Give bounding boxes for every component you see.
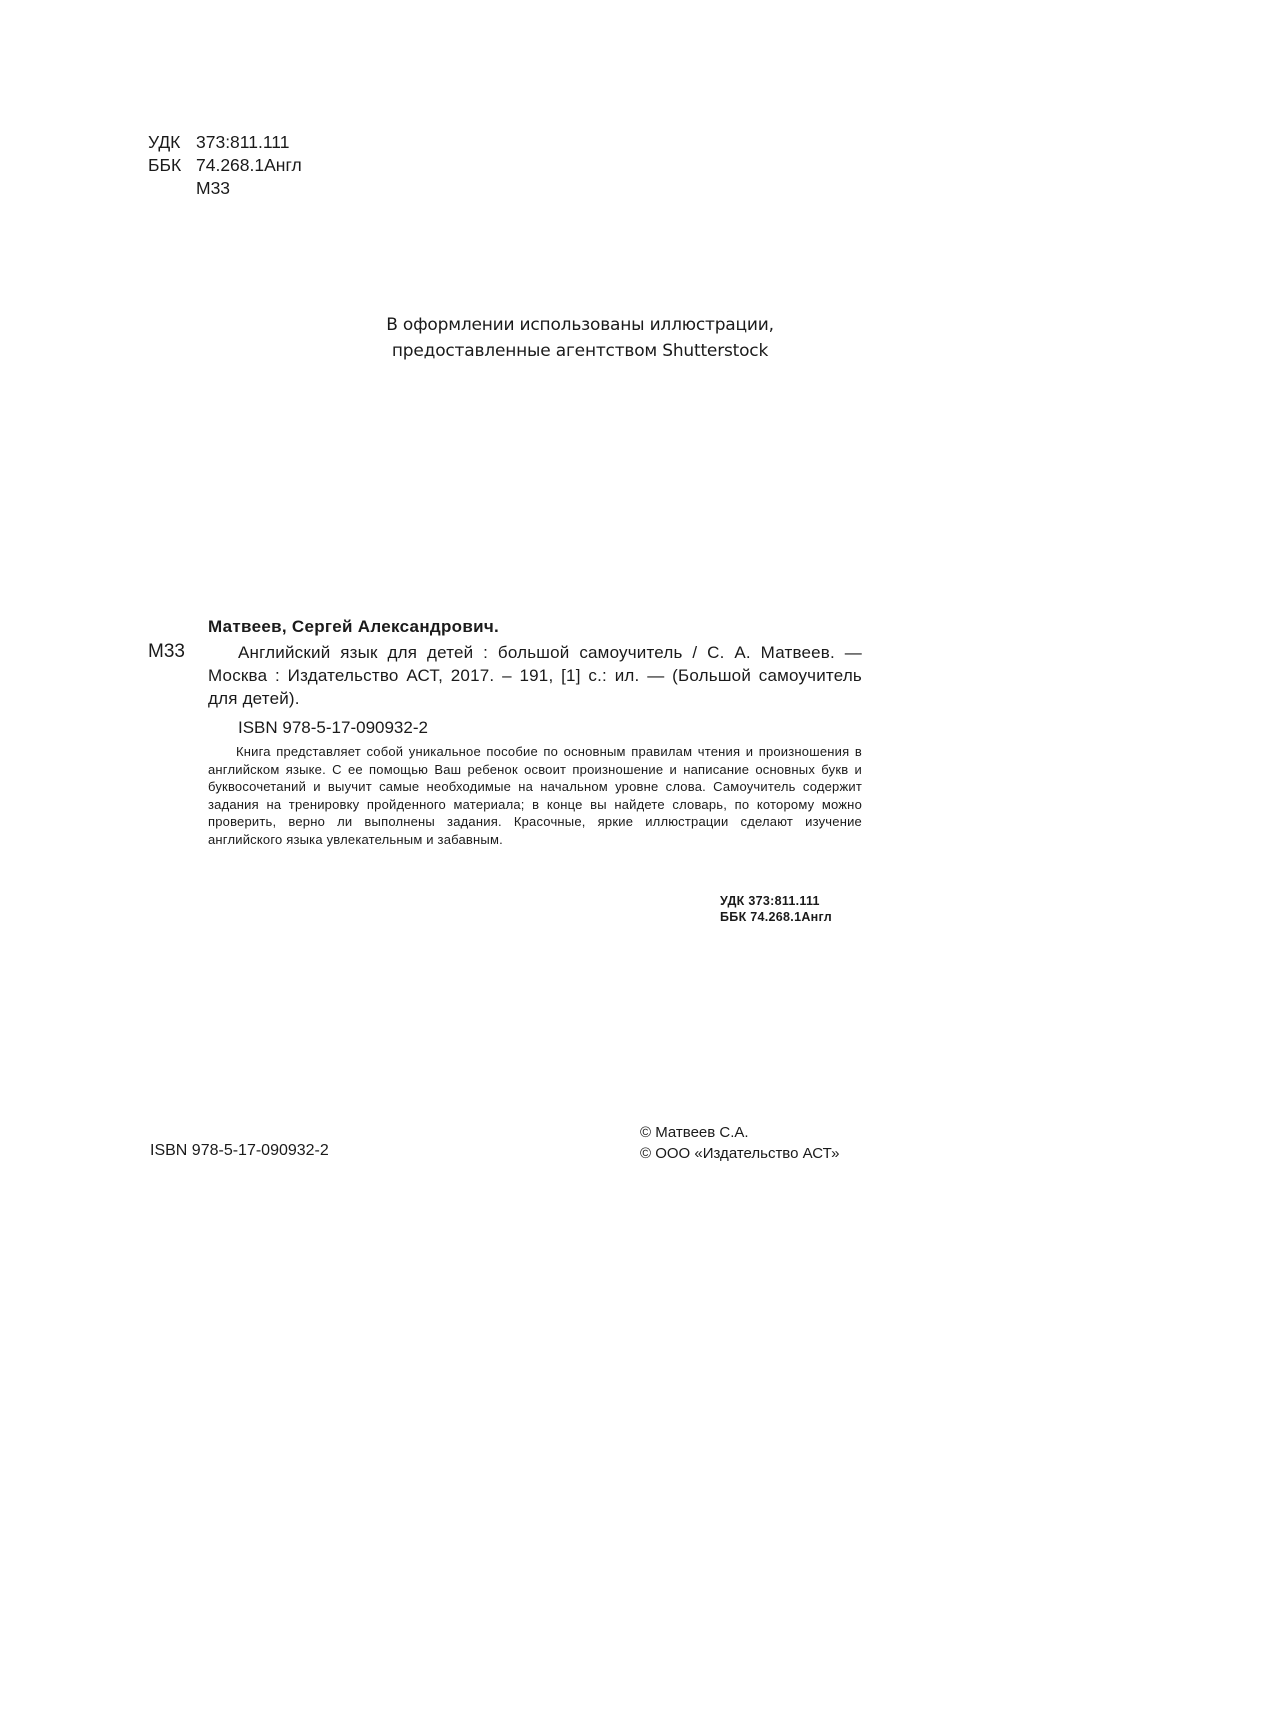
cip-classification-codes: УДК 373:811.111 ББК 74.268.1Англ <box>720 893 832 925</box>
bbk-value: 74.268.1Англ <box>196 154 302 177</box>
copyright-author: © Матвеев С.А. <box>640 1122 839 1143</box>
credit-line-1: В оформлении использованы иллюстрации, <box>300 312 860 338</box>
cip-bibliographic-description: Английский язык для детей : большой само… <box>208 641 862 710</box>
author-mark: М33 <box>196 177 230 200</box>
cip-abstract: Книга представляет собой уникальное посо… <box>208 743 862 848</box>
cip-udk: УДК 373:811.111 <box>720 893 832 909</box>
copyright-publisher: © ООО «Издательство АСТ» <box>640 1143 839 1164</box>
bbk-row: ББК 74.268.1Англ <box>148 154 302 177</box>
udk-label: УДК <box>148 131 196 154</box>
cip-author-mark: М33 <box>148 641 185 663</box>
udk-row: УДК 373:811.111 <box>148 131 302 154</box>
footer-isbn: ISBN 978-5-17-090932-2 <box>150 1142 329 1160</box>
illustration-credit: В оформлении использованы иллюстрации, п… <box>300 312 860 364</box>
copyright-block: © Матвеев С.А. © ООО «Издательство АСТ» <box>640 1122 839 1164</box>
cip-author-heading: Матвеев, Сергей Александрович. <box>208 617 499 637</box>
classification-block: УДК 373:811.111 ББК 74.268.1Англ М33 <box>148 131 302 200</box>
cip-isbn: ISBN 978-5-17-090932-2 <box>238 718 428 738</box>
cip-bbk: ББК 74.268.1Англ <box>720 909 832 925</box>
udk-value: 373:811.111 <box>196 131 289 154</box>
bbk-label: ББК <box>148 154 196 177</box>
credit-line-2: предоставленные агентством Shutterstock <box>300 338 860 364</box>
author-mark-row: М33 <box>148 177 302 200</box>
